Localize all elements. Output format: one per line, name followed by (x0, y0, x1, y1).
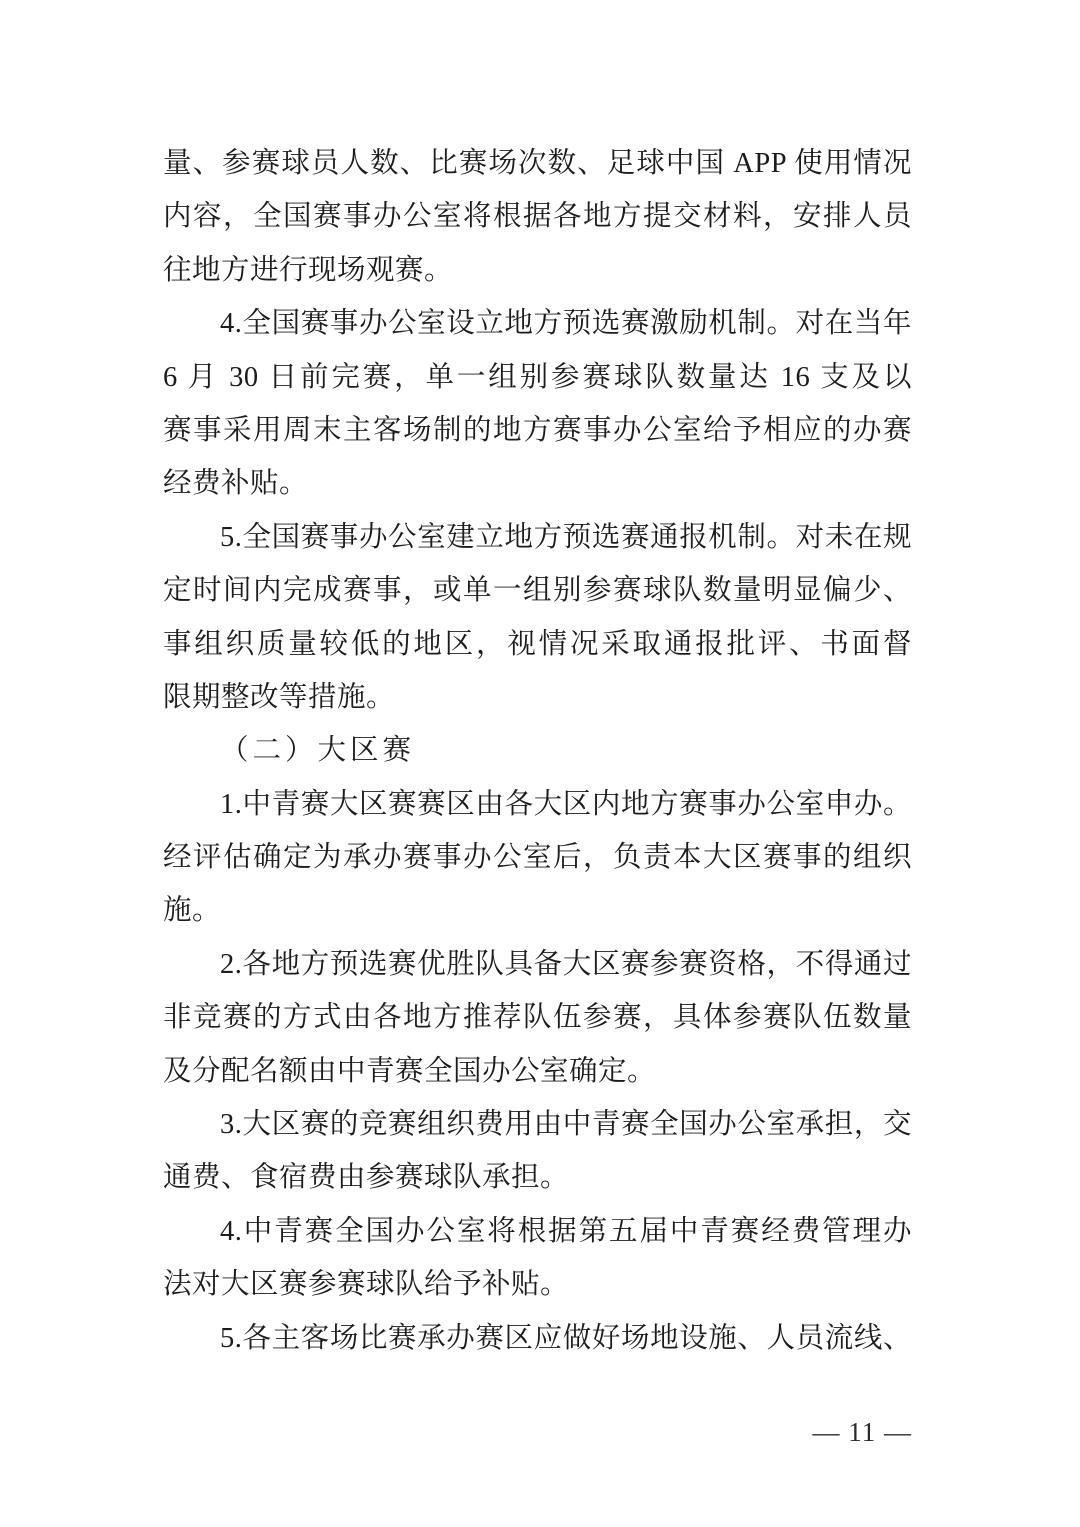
paragraph-item-2: 2.各地方预选赛优胜队具备大区赛参赛资格，不得通过 非竞赛的方式由各地方推荐队伍… (163, 938, 912, 1098)
paragraph-item-5b: 5.各主客场比赛承办赛区应做好场地设施、人员流线、 (163, 1312, 912, 1365)
text-line: 4.全国赛事办公室设立地方预选赛激励机制。对在当年 (163, 297, 912, 350)
text-line: 6 月 30 日前完赛，单一组别参赛球队数量达 16 支及以上， (163, 351, 912, 404)
text-line: 非竞赛的方式由各地方推荐队伍参赛，具体参赛队伍数量以 (163, 991, 912, 1044)
document-page: 量、参赛球员人数、比赛场次数、足球中国 APP 使用情况等 内容，全国赛事办公室… (0, 0, 1080, 1527)
text-line: 内容，全国赛事办公室将根据各地方提交材料，安排人员前 (163, 190, 912, 243)
paragraph-item-1: 1.中青赛大区赛赛区由各大区内地方赛事办公室申办。 经评估确定为承办赛事办公室后… (163, 778, 912, 938)
text-line: 往地方进行现场观赛。 (163, 244, 912, 297)
page-number: — 11 — (813, 1417, 913, 1447)
text-line: 施。 (163, 884, 912, 937)
text-line: 经评估确定为承办赛事办公室后，负责本大区赛事的组织实 (163, 831, 912, 884)
paragraph-item-4: 4.全国赛事办公室设立地方预选赛激励机制。对在当年 6 月 30 日前完赛，单一… (163, 297, 912, 511)
section-heading-daquسai: （二）大区赛 (163, 724, 912, 777)
paragraph-continuation: 量、参赛球员人数、比赛场次数、足球中国 APP 使用情况等 内容，全国赛事办公室… (163, 137, 912, 297)
text-line: 1.中青赛大区赛赛区由各大区内地方赛事办公室申办。 (163, 778, 912, 831)
text-line: 经费补贴。 (163, 457, 912, 510)
text-line: 限期整改等措施。 (163, 671, 912, 724)
text-line: 5.全国赛事办公室建立地方预选赛通报机制。对未在规 (163, 511, 912, 564)
page-footer: — 11 — (813, 1412, 913, 1452)
text-line: 通费、食宿费由参赛球队承担。 (163, 1151, 912, 1204)
text-line: 事组织质量较低的地区，视情况采取通报批评、书面督办、 (163, 618, 912, 671)
text-line: 3.大区赛的竞赛组织费用由中青赛全国办公室承担，交 (163, 1098, 912, 1151)
document-body: 量、参赛球员人数、比赛场次数、足球中国 APP 使用情况等 内容，全国赛事办公室… (163, 137, 912, 1365)
text-line: 及分配名额由中青赛全国办公室确定。 (163, 1045, 912, 1098)
text-line: 赛事采用周末主客场制的地方赛事办公室给予相应的办赛 (163, 404, 912, 457)
text-line: 5.各主客场比赛承办赛区应做好场地设施、人员流线、 (163, 1312, 912, 1365)
text-line: 4.中青赛全国办公室将根据第五届中青赛经费管理办 (163, 1205, 912, 1258)
paragraph-item-5: 5.全国赛事办公室建立地方预选赛通报机制。对未在规 定时间内完成赛事，或单一组别… (163, 511, 912, 725)
text-line: 2.各地方预选赛优胜队具备大区赛参赛资格，不得通过 (163, 938, 912, 991)
section-heading: （二）大区赛 (163, 724, 912, 777)
text-line: 法对大区赛参赛球队给予补贴。 (163, 1258, 912, 1311)
paragraph-item-3: 3.大区赛的竞赛组织费用由中青赛全国办公室承担，交 通费、食宿费由参赛球队承担。 (163, 1098, 912, 1205)
paragraph-item-4b: 4.中青赛全国办公室将根据第五届中青赛经费管理办 法对大区赛参赛球队给予补贴。 (163, 1205, 912, 1312)
text-line: 定时间内完成赛事，或单一组别参赛球队数量明显偏少、赛 (163, 564, 912, 617)
text-line: 量、参赛球员人数、比赛场次数、足球中国 APP 使用情况等 (163, 137, 912, 190)
